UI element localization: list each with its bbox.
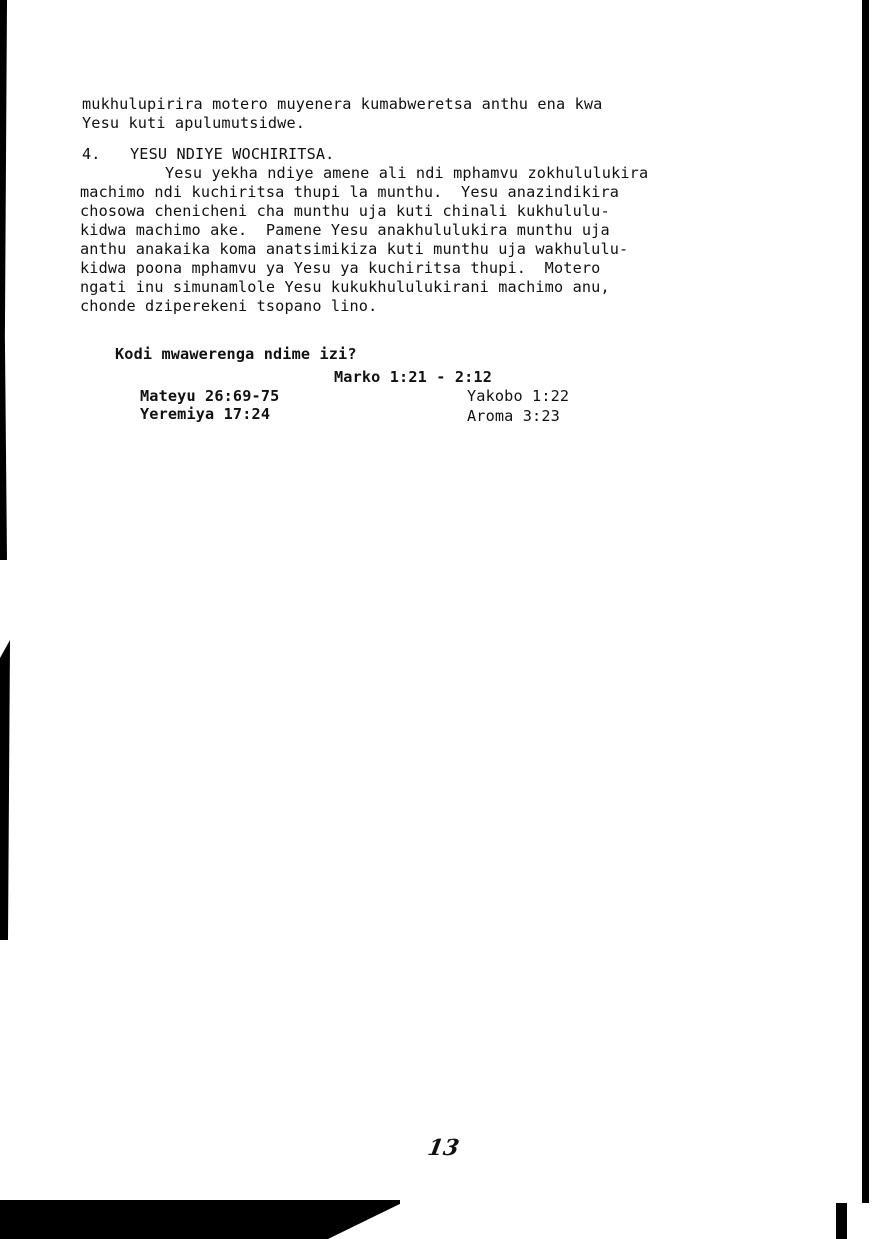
reference-item: Mateyu 26:69-75 [140, 387, 279, 405]
paragraph-line: chonde dziperekeni tsopano lino. [80, 297, 377, 315]
scan-edge-left-lower [0, 640, 10, 940]
document-page: mukhulupirira motero muyenera kumabweret… [0, 0, 872, 1239]
paragraph-line: kidwa poona mphamvu ya Yesu ya kuchirits… [80, 259, 600, 277]
reference-item: Marko 1:21 - 2:12 [334, 368, 492, 386]
paragraph-line: ngati inu simunamlole Yesu kukukhululuki… [80, 278, 610, 296]
scan-bottom-shadow [0, 1200, 400, 1239]
intro-line: Yesu kuti apulumutsidwe. [82, 114, 305, 132]
references-question: Kodi mwawerenga ndime izi? [115, 345, 357, 363]
reference-item: Yakobo 1:22 [467, 387, 569, 405]
intro-line: mukhulupirira motero muyenera kumabweret… [82, 95, 602, 113]
section-number: 4. [82, 145, 101, 163]
paragraph-line: anthu anakaika koma anatsimikiza kuti mu… [80, 240, 628, 258]
page-number: 13 [426, 1135, 462, 1161]
paragraph-line: chosowa chenicheni cha munthu uja kuti c… [80, 202, 610, 220]
paragraph-line: machimo ndi kuchiritsa thupi la munthu. … [80, 183, 619, 201]
reference-item: Aroma 3:23 [467, 407, 560, 425]
scan-edge-left [0, 0, 7, 560]
scan-edge-right-stub [836, 1203, 847, 1239]
reference-item: Yeremiya 17:24 [140, 405, 270, 423]
paragraph-line: kidwa machimo ake. Pamene Yesu anakhulul… [80, 221, 610, 239]
paragraph-line: Yesu yekha ndiye amene ali ndi mphamvu z… [165, 164, 648, 182]
scan-edge-right [862, 0, 869, 1203]
section-heading: YESU NDIYE WOCHIRITSA. [130, 145, 334, 163]
